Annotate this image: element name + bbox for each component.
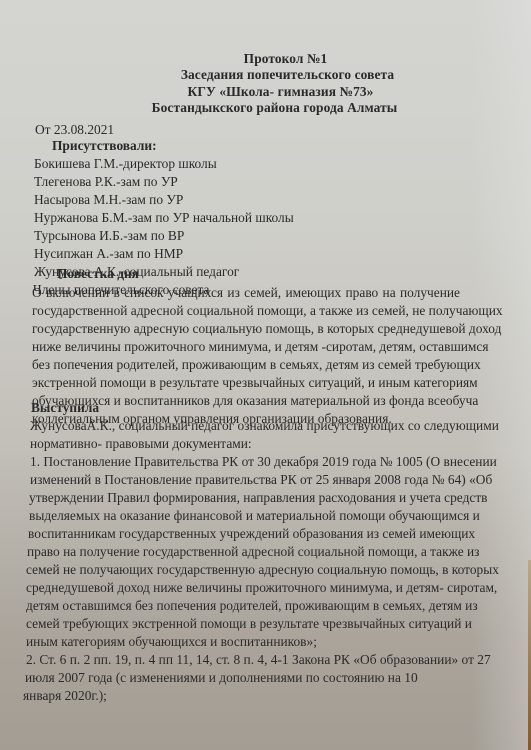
title-line-protocol: Протокол №1: [0, 51, 531, 67]
speech-line: 1. Постановление Правительства РК от 30 …: [30, 454, 462, 470]
title-line-school: КГУ «Школа- гимназия №73»: [0, 84, 531, 100]
agenda-line: ниже величины прожиточного минимума, и д…: [32, 339, 463, 355]
attendee-item: Нуржанова Б.М.-зам по УР начальной школы: [34, 210, 294, 226]
speech-line: 2. Ст. 6 п. 2 пп. 19, п. 4 пп 11, 14, ст…: [26, 652, 464, 668]
agenda-line: государственную адресную социальную помо…: [32, 321, 464, 337]
agenda-line: экстренной помощи в результате чрезвычай…: [32, 375, 463, 391]
attendee-item: Бокишева Г.М.-директор школы: [34, 156, 217, 172]
attendee-item: Нусипжан А.-зам по НМР: [34, 246, 183, 262]
title-line-meeting: Заседания попечительского совета: [0, 67, 531, 83]
agenda-line: О включении в список учащихся из семей, …: [32, 285, 460, 301]
speech-line: нормативно- правовыми документами:: [30, 436, 252, 452]
attendee-item: Турсынова И.Б.-зам по ВР: [34, 228, 184, 244]
speech-line: среднедушевой доход ниже величины прожит…: [26, 580, 464, 596]
speech-line: иным категориям обучающихся и воспитанни…: [26, 634, 317, 650]
speech-line: выделяемых на оказание финансовой и мате…: [29, 508, 463, 524]
speech-line: июля 2007 года (с изменениями и дополнен…: [25, 670, 418, 686]
speech-line: семей не получающих государственную адре…: [26, 562, 464, 578]
speaker-heading: Выступила: [31, 400, 99, 416]
attendee-item: Тлегенова Р.К.-зам по УР: [34, 174, 178, 190]
attendee-item: Насырова М.Н.-зам по УР: [34, 192, 183, 208]
speech-line: января 2020г.);: [23, 688, 107, 704]
document-title: Протокол №1 Заседания попечительского со…: [0, 51, 531, 117]
speech-line: право на получение государственной адрес…: [27, 544, 464, 560]
agenda-heading: Повестка дня: [57, 266, 139, 282]
meeting-date: От 23.08.2021: [35, 122, 114, 138]
speech-line: семей требующих экстренной помощи в резу…: [26, 616, 464, 632]
attendees-heading: Присутствовали:: [52, 138, 157, 154]
speech-line: детям оставшимся без попечения родителей…: [26, 598, 464, 614]
speech-line: утверждении Правил формирования, направл…: [29, 490, 463, 506]
speech-line: воспитанникам государственных учреждений…: [28, 526, 464, 542]
speech-line: ЖунусоваА.К., социальный педагог ознаком…: [30, 418, 462, 434]
speech-line: изменений в Постановление правительства …: [30, 472, 463, 488]
title-line-district: Бостандыкского района города Алматы: [0, 100, 531, 116]
agenda-line: без попечения родителей, проживающим в с…: [32, 357, 463, 373]
agenda-line: государственной адресной социальной помо…: [32, 303, 463, 319]
